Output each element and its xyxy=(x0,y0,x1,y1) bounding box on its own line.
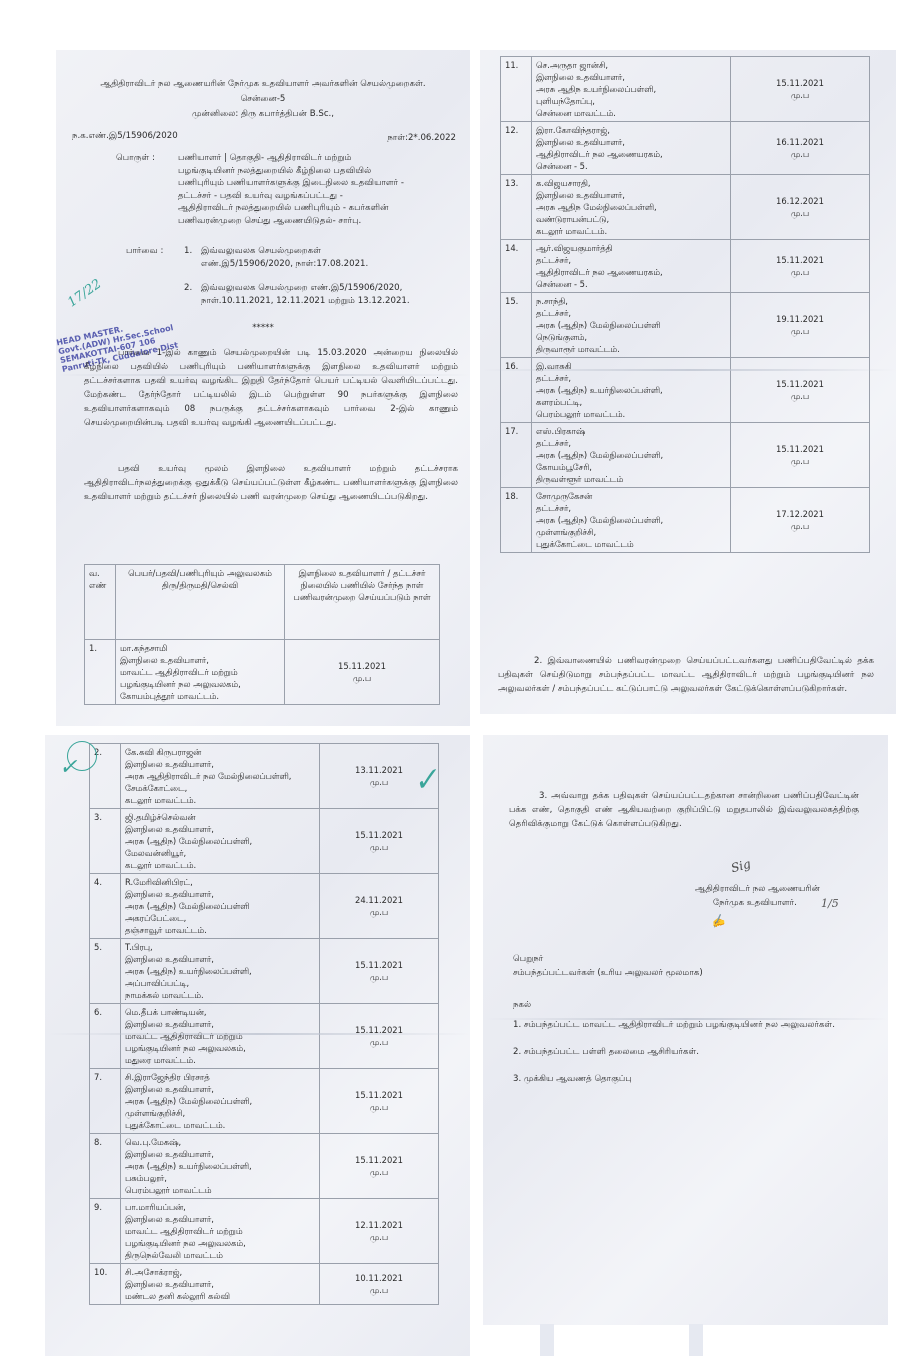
regularisation-table-part3: 11.செ.அருதா ஜான்சி,இளநிலை உதவியாளர்,அரசு… xyxy=(500,56,870,553)
row-line: கோயம்புத்தூர் மாவட்டம். xyxy=(120,690,280,702)
row-details: R.மேரிவினிபிரட்,இளநிலை உதவியாளர்,அரசு (ஆ… xyxy=(121,874,320,939)
row-line: அரசு (ஆதிந) மேல்நிலைப்பள்ளி xyxy=(536,319,726,331)
table-row: 10.சி.அசோக்ராஜ்,இளநிலை உதவியாளர்,மண்டல த… xyxy=(90,1264,439,1305)
handwritten-note: 1/5 xyxy=(821,897,839,910)
row-line: தட்டச்சர், xyxy=(536,307,726,319)
row-serial: 5. xyxy=(90,939,121,1004)
row-line: R.மேரிவினிபிரட், xyxy=(125,876,315,888)
initials-signature: ✍ xyxy=(709,913,726,930)
row-line: மெ.தீபக் பாண்டியன், xyxy=(125,1006,315,1018)
row-line: இளநிலை உதவியாளர், xyxy=(125,888,315,900)
row-line: ஆர்.விஜயகுமார்த்தி xyxy=(536,242,726,254)
reference-1-num: 1. xyxy=(184,245,192,258)
row-line: இளநிலை உதவியாளர், xyxy=(125,1148,315,1160)
row-line: இளநிலை உதவியாளர், xyxy=(120,654,280,666)
header-dates: இளநிலை உதவியாளர் / தட்டச்சர் நிலையில் பண… xyxy=(285,565,440,640)
row-line: கடலூர் மாவட்டம். xyxy=(125,794,315,806)
row-serial: 6. xyxy=(90,1004,121,1069)
joining-date: 15.11.2021 xyxy=(735,378,865,390)
row-line: கோயம்பூசேரி, xyxy=(536,461,726,473)
instruction-paragraph-2: 2. இவ்வாணையில் பணிவரன்முறை செய்யப்பட்டவர… xyxy=(498,654,874,696)
row-line: இளநிலை உதவியாளர், xyxy=(125,1278,315,1290)
row-line: பழங்குடியினர் நல அலுவலகம், xyxy=(125,1237,315,1249)
row-serial: 3. xyxy=(90,809,121,874)
row-line: கடலூர் மாவட்டம். xyxy=(536,225,726,237)
recipient-label: பெறுநர் xyxy=(513,953,543,966)
signatory-title-line2: நேர்முக உதவியாளர். xyxy=(713,897,797,910)
session: மு.ப xyxy=(324,1101,434,1113)
row-line: சென்னை - 5. xyxy=(536,160,726,172)
session: மு.ப xyxy=(289,672,435,684)
row-line: புதுக்கோட்டை மாவட்டம். xyxy=(125,1119,315,1131)
row-line: ஆதிதிராவிடர் நல ஆணையரகம், xyxy=(536,148,726,160)
row-line: மாவட்ட ஆதிதிராவிடர் மற்றும் xyxy=(125,1225,315,1237)
row-line: க.விஜயசாரதி, xyxy=(536,177,726,189)
row-line: ஜி.தமிழ்ச்செல்வன் xyxy=(125,811,315,823)
row-date: 10.11.2021மு.ப xyxy=(320,1264,439,1305)
row-line: மாவட்ட ஆதிதிராவிடர் மற்றும் xyxy=(125,1030,315,1042)
row-line: இளநிலை உதவியாளர், xyxy=(536,189,726,201)
joining-date: 15.11.2021 xyxy=(324,1024,434,1036)
row-line: அப்பாவிப்பட்டி, xyxy=(125,977,315,989)
row-line: முள்ளங்குறிச்சி, xyxy=(536,526,726,538)
reference-2: இவ்வலுவலக செயல்முறை எண்.இ5/15906/2020, ந… xyxy=(201,282,410,307)
row-date: 15.11.2021மு.ப xyxy=(320,1004,439,1069)
row-date: 17.12.2021மு.ப xyxy=(731,488,870,553)
scan-page-3: 2.கே.கவி கிருபராஜன்இளநிலை உதவியாளர்,அரசு… xyxy=(45,735,470,1356)
row-line: அரசு ஆதிந மேல்நிலைப்பள்ளி, xyxy=(536,201,726,213)
row-line: புதுக்கோட்டை மாவட்டம் xyxy=(536,538,726,550)
order-header-presiding: முன்னிலை: திரு கபார்த்திபன் B.Sc., xyxy=(56,108,470,121)
scan-edge-artifact xyxy=(540,1324,554,1356)
row-line: திருவள்ளூர் மாவட்டம் xyxy=(536,473,726,485)
order-header-title: ஆதிதிராவிடர் நல ஆணையரின் நேர்முக உதவியாள… xyxy=(56,78,470,91)
row-line: பா.மாரியப்பன், xyxy=(125,1201,315,1213)
reference-number: ந.க.எண்.இ5/15906/2020 xyxy=(72,130,178,143)
session: மு.ப xyxy=(324,1284,434,1296)
copy-item-2: 2. சம்பந்தப்பட்ட பள்ளி தலைமை ஆசிரியர்கள்… xyxy=(513,1046,699,1059)
row-line: அரசு (ஆதிந) மேல்நிலைப்பள்ளி, xyxy=(125,835,315,847)
joining-date: 17.12.2021 xyxy=(735,508,865,520)
row-line: பெரம்பலூர் மாவட்டம். xyxy=(536,408,726,420)
row-serial: 8. xyxy=(90,1134,121,1199)
row-line: முள்ளங்குறிச்சி, xyxy=(125,1107,315,1119)
row-line: இளநிலை உதவியாளர், xyxy=(536,136,726,148)
session: மு.ப xyxy=(735,520,865,532)
copy-item-1: 1. சம்பந்தப்பட்ட மாவட்ட ஆதிதிராவிடர் மற்… xyxy=(513,1019,835,1032)
row-line: அகரப்பேட்டை, xyxy=(125,912,315,924)
row-serial: 13. xyxy=(501,175,532,240)
row-line: பழங்குடியினர் நல அலுவலகம், xyxy=(120,678,280,690)
copy-label: நகல் xyxy=(513,999,531,1012)
row-details: பா.மாரியப்பன்,இளநிலை உதவியாளர்,மாவட்ட ஆத… xyxy=(121,1199,320,1264)
signature: Sig xyxy=(730,857,753,876)
row-line: நெடுங்குளம், xyxy=(536,331,726,343)
scan-edge-artifact xyxy=(689,1324,703,1356)
row-date: 16.11.2021மு.ப xyxy=(731,122,870,175)
row-date: 15.11.2021மு.ப xyxy=(731,358,870,423)
row-line: இளநிலை உதவியாளர், xyxy=(125,758,315,770)
table-row: 13.க.விஜயசாரதி,இளநிலை உதவியாளர்,அரசு ஆதி… xyxy=(501,175,870,240)
header-serial: வ. எண் xyxy=(85,565,116,640)
row-line: திருநெல்வேலி மாவட்டம் xyxy=(125,1249,315,1261)
row-line: இளநிலை உதவியாளர், xyxy=(125,1018,315,1030)
scan-page-4: 3. அவ்வாறு தக்க பதிவுகள் செய்யப்பட்டதற்க… xyxy=(483,735,888,1325)
reference-label: பார்வை : xyxy=(126,245,163,258)
joining-date: 15.11.2021 xyxy=(324,829,434,841)
row-line: சி.அசோக்ராஜ், xyxy=(125,1266,315,1278)
row-details: சி.இராஜேந்திர பிரசாத்இளநிலை உதவியாளர்,அர… xyxy=(121,1069,320,1134)
table-row: 9.பா.மாரியப்பன்,இளநிலை உதவியாளர்,மாவட்ட … xyxy=(90,1199,439,1264)
row-line: T.பிரபு, xyxy=(125,941,315,953)
row-line: சி.இராஜேந்திர பிரசாத் xyxy=(125,1071,315,1083)
row-line: அரசு (ஆதிந) உயர்நிலைப்பள்ளி, xyxy=(125,1160,315,1172)
joining-date: 15.11.2021 xyxy=(324,1089,434,1101)
row-line: அரசு (ஆதிந) உயர்நிலைப்பள்ளி, xyxy=(125,965,315,977)
table-row: 17.எஸ்.பிரகாஷ்தட்டச்சர்,அரசு (ஆதிந) மேல்… xyxy=(501,423,870,488)
row-serial: 11. xyxy=(501,57,532,122)
row-line: அரசு (ஆதிந) உயர்நிலைப்பள்ளி, xyxy=(536,384,726,396)
session: மு.ப xyxy=(324,906,434,918)
row-line: ஆதிதிராவிடர் நல ஆணையரகம், xyxy=(536,266,726,278)
row-serial: 18. xyxy=(501,488,532,553)
session: மு.ப xyxy=(735,390,865,402)
row-date: 15.11.2021மு.ப xyxy=(320,809,439,874)
joining-date: 15.11.2021 xyxy=(735,443,865,455)
row-serial: 15. xyxy=(501,293,532,358)
session: மு.ப xyxy=(735,266,865,278)
table-row: 16.இ.வாசுகிதட்டச்சர்,அரசு (ஆதிந) உயர்நில… xyxy=(501,358,870,423)
row-line: நாமக்கல் மாவட்டம். xyxy=(125,989,315,1001)
reference-line: நாள்.10.11.2021, 12.11.2021 மற்றும் 13.1… xyxy=(201,295,410,308)
session: மு.ப xyxy=(735,148,865,160)
row-line: இளநிலை உதவியாளர், xyxy=(125,953,315,965)
reference-2-num: 2. xyxy=(184,282,192,295)
row-serial: 14. xyxy=(501,240,532,293)
row-date: 15.11.2021மு.ப xyxy=(320,1069,439,1134)
row-line: மேலவன்னியூர், xyxy=(125,847,315,859)
row-details: ந.சாந்தி,தட்டச்சர்,அரசு (ஆதிந) மேல்நிலைப… xyxy=(532,293,731,358)
session: மு.ப xyxy=(735,89,865,101)
row-line: எஸ்.பிரகாஷ் xyxy=(536,425,726,437)
scan-page-2: 11.செ.அருதா ஜான்சி,இளநிலை உதவியாளர்,அரசு… xyxy=(480,50,896,714)
row-line: மாவட்ட ஆதிதிராவிடர் மற்றும் xyxy=(120,666,280,678)
row-line: இளநிலை உதவியாளர், xyxy=(125,1213,315,1225)
subject-line: பழங்குடியினர் நலத்துறையில் கீழ்நிலை பதவி… xyxy=(178,165,453,178)
row-line: மதுரை மாவட்டம். xyxy=(125,1054,315,1066)
session: மு.ப xyxy=(324,1166,434,1178)
table-row: 15.ந.சாந்தி,தட்டச்சர்,அரசு (ஆதிந) மேல்நி… xyxy=(501,293,870,358)
joining-date: 15.11.2021 xyxy=(324,959,434,971)
row-line: பழங்குடியினர் நல அலுவலகம், xyxy=(125,1042,315,1054)
session: மு.ப xyxy=(324,971,434,983)
row-line: அரசு ஆதிந உயர்நிலைப்பள்ளி, xyxy=(536,83,726,95)
order-date: நாள்:2*.06.2022 xyxy=(387,132,456,145)
row-details: இ.வாசுகிதட்டச்சர்,அரசு (ஆதிந) உயர்நிலைப்… xyxy=(532,358,731,423)
table-row: 18.சோமுருகேசன்தட்டச்சர்,அரசு (ஆதிந) மேல்… xyxy=(501,488,870,553)
joining-date: 10.11.2021 xyxy=(324,1272,434,1284)
row-line: களரம்பட்டி, xyxy=(536,396,726,408)
row-line: இளநிலை உதவியாளர், xyxy=(125,823,315,835)
row-line: மண்டல தனி கல்லூரி கல்வி xyxy=(125,1290,315,1302)
body-paragraph-1: பார்வை 1-இல் காணும் செயல்முறையின் படி 15… xyxy=(84,346,458,430)
table-row: 2.கே.கவி கிருபராஜன்இளநிலை உதவியாளர்,அரசு… xyxy=(90,744,439,809)
row-details: மா.கந்தசாமி இளநிலை உதவியாளர், மாவட்ட ஆதி… xyxy=(116,640,285,705)
row-line: அரசு (ஆதிந) மேல்நிலைப்பள்ளி, xyxy=(536,514,726,526)
row-details: சோமுருகேசன்தட்டச்சர்,அரசு (ஆதிந) மேல்நில… xyxy=(532,488,731,553)
joining-date: 16.12.2021 xyxy=(735,195,865,207)
row-details: ஆர்.விஜயகுமார்த்திதட்டச்சர்,ஆதிதிராவிடர்… xyxy=(532,240,731,293)
row-details: T.பிரபு,இளநிலை உதவியாளர்,அரசு (ஆதிந) உயர… xyxy=(121,939,320,1004)
table-row: 7.சி.இராஜேந்திர பிரசாத்இளநிலை உதவியாளர்,… xyxy=(90,1069,439,1134)
row-line: திருவாரூர் மாவட்டம். xyxy=(536,343,726,355)
joining-date: 15.11.2021 xyxy=(735,254,865,266)
row-line: அரசு (ஆதிந) மேல்நிலைப்பள்ளி, xyxy=(536,449,726,461)
row-line: அரசு ஆதிதிராவிடர் நல மேல்நிலைப்பள்ளி, xyxy=(125,770,315,782)
table-row: 14.ஆர்.விஜயகுமார்த்திதட்டச்சர்,ஆதிதிராவி… xyxy=(501,240,870,293)
row-line: சென்னை மாவட்டம். xyxy=(536,107,726,119)
session: மு.ப xyxy=(324,841,434,853)
row-line: தட்டச்சர், xyxy=(536,437,726,449)
session: மு.ப xyxy=(324,1231,434,1243)
signatory-title-line1: ஆதிதிராவிடர் நல ஆணையரின் xyxy=(695,883,820,896)
subject-line: பணிவரன்முறை செய்து ஆணையிடுதல்- சார்பு. xyxy=(178,215,453,228)
row-details: மெ.தீபக் பாண்டியன்,இளநிலை உதவியாளர்,மாவட… xyxy=(121,1004,320,1069)
table-row: 11.செ.அருதா ஜான்சி,இளநிலை உதவியாளர்,அரசு… xyxy=(501,57,870,122)
reference-line: இவ்வலுவலக செயல்முறை எண்.இ5/15906/2020, xyxy=(201,282,410,295)
subject-line: பணியாளர் | தொகுதி- ஆதிதிராவிடர் மற்றும் xyxy=(178,152,453,165)
row-details: க.விஜயசாரதி,இளநிலை உதவியாளர்,அரசு ஆதிந ம… xyxy=(532,175,731,240)
joining-date: 12.11.2021 xyxy=(324,1219,434,1231)
session: மு.ப xyxy=(735,455,865,467)
table-row: 6.மெ.தீபக் பாண்டியன்,இளநிலை உதவியாளர்,மா… xyxy=(90,1004,439,1069)
row-date: 15.11.2021 மு.ப xyxy=(285,640,440,705)
row-line: சேமக்கோட்டை, xyxy=(125,782,315,794)
row-details: எஸ்.பிரகாஷ்தட்டச்சர்,அரசு (ஆதிந) மேல்நில… xyxy=(532,423,731,488)
row-details: சி.அசோக்ராஜ்,இளநிலை உதவியாளர்,மண்டல தனி … xyxy=(121,1264,320,1305)
recipient-text: சம்பந்தப்பட்டவர்கள் (உரிய அலுவலர் மூலமாக… xyxy=(513,967,703,980)
subject-line: பணிபுரியும் பணியாளர்களுக்கு இடைநிலை உதவி… xyxy=(178,177,453,190)
row-serial: 4. xyxy=(90,874,121,939)
row-line: மா.கந்தசாமி xyxy=(120,642,280,654)
row-details: வெ.பு.மேகஷ்,இளநிலை உதவியாளர்,அரசு (ஆதிந)… xyxy=(121,1134,320,1199)
joining-date: 24.11.2021 xyxy=(324,894,434,906)
row-line: கடலூர் மாவட்டம். xyxy=(125,859,315,871)
reference-line: எண்.இ5/15906/2020, நாள்:17.08.2021. xyxy=(201,258,368,271)
joining-date: 15.11.2021 xyxy=(289,660,435,672)
copy-item-3: 3. முக்கிய ஆவணத் தொகுப்பு xyxy=(513,1073,632,1086)
row-date: 15.11.2021மு.ப xyxy=(320,1134,439,1199)
row-line: தட்டச்சர், xyxy=(536,372,726,384)
regularisation-table-part1: வ. எண் பெயர்/பதவி/பணிபுரியும் அலுவலகம் த… xyxy=(84,564,440,705)
row-serial: 9. xyxy=(90,1199,121,1264)
row-line: தஞ்சாவூர் மாவட்டம். xyxy=(125,924,315,936)
row-serial: 7. xyxy=(90,1069,121,1134)
handwritten-initials: 17/22 xyxy=(65,277,104,311)
row-details: ஜி.தமிழ்ச்செல்வன்இளநிலை உதவியாளர்,அரசு (… xyxy=(121,809,320,874)
row-line: அரசு (ஆதிந) மேல்நிலைப்பள்ளி xyxy=(125,900,315,912)
row-line: தட்டச்சர், xyxy=(536,502,726,514)
subject-line: ஆதிதிராவிடர் நலத்துறையில் பணிபுரியும் - … xyxy=(178,202,453,215)
row-line: இளநிலை உதவியாளர், xyxy=(536,71,726,83)
row-details: கே.கவி கிருபராஜன்இளநிலை உதவியாளர்,அரசு ஆ… xyxy=(121,744,320,809)
header-name-office: பெயர்/பதவி/பணிபுரியும் அலுவலகம் திரு/திர… xyxy=(116,565,285,640)
session: மு.ப xyxy=(735,325,865,337)
row-line: இரா.கோவிந்தராஜ், xyxy=(536,124,726,136)
row-line: அரசு (ஆதிந) மேல்நிலைப்பள்ளி, xyxy=(125,1095,315,1107)
table-row: 8.வெ.பு.மேகஷ்,இளநிலை உதவியாளர்,அரசு (ஆதி… xyxy=(90,1134,439,1199)
row-details: செ.அருதா ஜான்சி,இளநிலை உதவியாளர்,அரசு ஆத… xyxy=(532,57,731,122)
row-date: 24.11.2021மு.ப xyxy=(320,874,439,939)
joining-date: 15.11.2021 xyxy=(324,1154,434,1166)
row-line: பசும்பலூர், xyxy=(125,1172,315,1184)
row-serial: 10. xyxy=(90,1264,121,1305)
row-line: செ.அருதா ஜான்சி, xyxy=(536,59,726,71)
row-serial: 16. xyxy=(501,358,532,423)
joining-date: 16.11.2021 xyxy=(735,136,865,148)
session: மு.ப xyxy=(324,1036,434,1048)
row-line: சோமுருகேசன் xyxy=(536,490,726,502)
row-line: பெரம்பலூர் மாவட்டம் xyxy=(125,1184,315,1196)
joining-date: 15.11.2021 xyxy=(735,77,865,89)
row-line: கே.கவி கிருபராஜன் xyxy=(125,746,315,758)
row-date: 16.12.2021மு.ப xyxy=(731,175,870,240)
order-header-city: சென்னை-5 xyxy=(56,93,470,106)
row-line: புளியந்தோப்பு, xyxy=(536,95,726,107)
subject-label: பொருள் : xyxy=(116,152,155,165)
table-row: 4.R.மேரிவினிபிரட்,இளநிலை உதவியாளர்,அரசு … xyxy=(90,874,439,939)
row-line: ந.சாந்தி, xyxy=(536,295,726,307)
row-line: இளநிலை உதவியாளர், xyxy=(125,1083,315,1095)
table-header-row: வ. எண் பெயர்/பதவி/பணிபுரியும் அலுவலகம் த… xyxy=(85,565,440,640)
table-row: 1. மா.கந்தசாமி இளநிலை உதவியாளர், மாவட்ட … xyxy=(85,640,440,705)
table-row: 5.T.பிரபு,இளநிலை உதவியாளர்,அரசு (ஆதிந) உ… xyxy=(90,939,439,1004)
table-row: 12.இரா.கோவிந்தராஜ்,இளநிலை உதவியாளர்,ஆதித… xyxy=(501,122,870,175)
row-details: இரா.கோவிந்தராஜ்,இளநிலை உதவியாளர்,ஆதிதிரா… xyxy=(532,122,731,175)
reference-1: இவ்வலுவலக செயல்முறைகள் எண்.இ5/15906/2020… xyxy=(201,245,368,270)
row-date: 15.11.2021மு.ப xyxy=(320,939,439,1004)
body-paragraph-2: பதவி உயர்வு மூலம் இளநிலை உதவியாளர் மற்று… xyxy=(84,462,458,504)
reference-line: இவ்வலுவலக செயல்முறைகள் xyxy=(201,245,368,258)
subject-line: தட்டச்சர் - பதவி உயர்வு வழங்கப்பட்டது - xyxy=(178,190,453,203)
row-line: இ.வாசுகி xyxy=(536,360,726,372)
joining-date: 19.11.2021 xyxy=(735,313,865,325)
row-date: 15.11.2021மு.ப xyxy=(731,57,870,122)
regularisation-table-part2: 2.கே.கவி கிருபராஜன்இளநிலை உதவியாளர்,அரசு… xyxy=(89,743,439,1305)
instruction-paragraph-3: 3. அவ்வாறு தக்க பதிவுகள் செய்யப்பட்டதற்க… xyxy=(509,789,859,831)
scan-page-1: ஆதிதிராவிடர் நல ஆணையரின் நேர்முக உதவியாள… xyxy=(56,50,470,726)
row-serial: 17. xyxy=(501,423,532,488)
checkmark-icon: ✓ xyxy=(59,755,77,780)
subject-text: பணியாளர் | தொகுதி- ஆதிதிராவிடர் மற்றும் … xyxy=(178,152,453,227)
row-line: தட்டச்சர், xyxy=(536,254,726,266)
row-line: வெ.பு.மேகஷ், xyxy=(125,1136,315,1148)
row-serial: 12. xyxy=(501,122,532,175)
row-line: சென்னை - 5. xyxy=(536,278,726,290)
row-date: 15.11.2021மு.ப xyxy=(731,423,870,488)
table-row: 3.ஜி.தமிழ்ச்செல்வன்இளநிலை உதவியாளர்,அரசு… xyxy=(90,809,439,874)
row-line: வண்டுராயன்பட்டு, xyxy=(536,213,726,225)
row-date: 19.11.2021மு.ப xyxy=(731,293,870,358)
session: மு.ப xyxy=(735,207,865,219)
row-date: 12.11.2021மு.ப xyxy=(320,1199,439,1264)
row-date: 15.11.2021மு.ப xyxy=(731,240,870,293)
row-serial: 1. xyxy=(85,640,116,705)
